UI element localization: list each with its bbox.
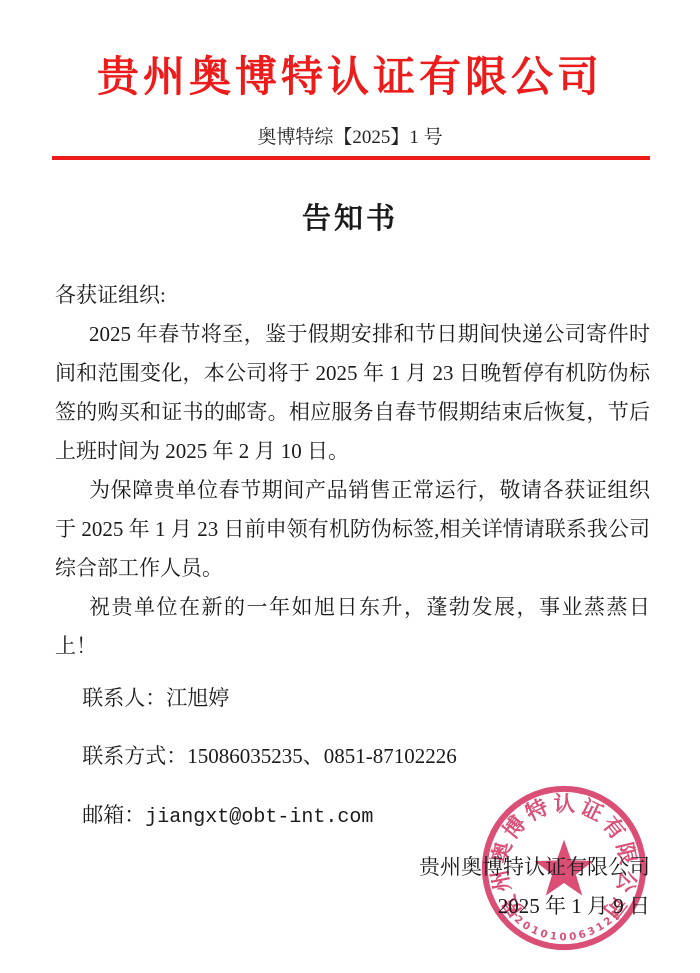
notice-title: 告知书 [0,196,700,237]
signature-block: 贵州奥博特认证有限公司 2025 年 1 月 9 日 [419,848,650,926]
contact-email-line: 邮箱：jiangxt@obt-int.com [55,796,650,837]
contact-email-label: 邮箱： [82,803,145,827]
contact-phone-label: 联系方式： [82,744,187,768]
salutation: 各获证组织: [55,276,650,315]
red-divider-line [52,156,650,160]
contact-email-value: jiangxt@obt-int.com [145,806,373,829]
letter-body: 各获证组织: 2025 年春节将至，鉴于假期安排和节日期间快递公司寄件时间和范围… [55,276,650,837]
letterhead-company-name: 贵州奥博特认证有限公司 [0,44,700,104]
signature-date: 2025 年 1 月 9 日 [419,887,650,926]
notice-document-page: 贵州奥博特认证有限公司 奥博特综【2025】1 号 告知书 各获证组织: 202… [0,0,700,973]
document-number: 奥博特综【2025】1 号 [0,122,700,149]
paragraph-holiday-notice: 2025 年春节将至，鉴于假期安排和节日期间快递公司寄件时间和范围变化，本公司将… [55,315,650,471]
contact-phone-value: 15086035235、0851-87102226 [187,744,457,768]
paragraph-new-year-wishes: 祝贵单位在新的一年如旭日东升，蓬勃发展，事业蒸蒸日上！ [55,588,650,666]
contact-person-label: 联系人： [82,686,166,710]
contact-person-line: 联系人：江旭婷 [55,679,650,718]
signature-company-name: 贵州奥博特认证有限公司 [419,848,650,887]
contact-person-value: 江旭婷 [166,686,229,710]
contact-phone-line: 联系方式：15086035235、0851-87102226 [55,737,650,776]
paragraph-label-application: 为保障贵单位春节期间产品销售正常运行，敬请各获证组织于 2025 年 1 月 2… [55,471,650,588]
